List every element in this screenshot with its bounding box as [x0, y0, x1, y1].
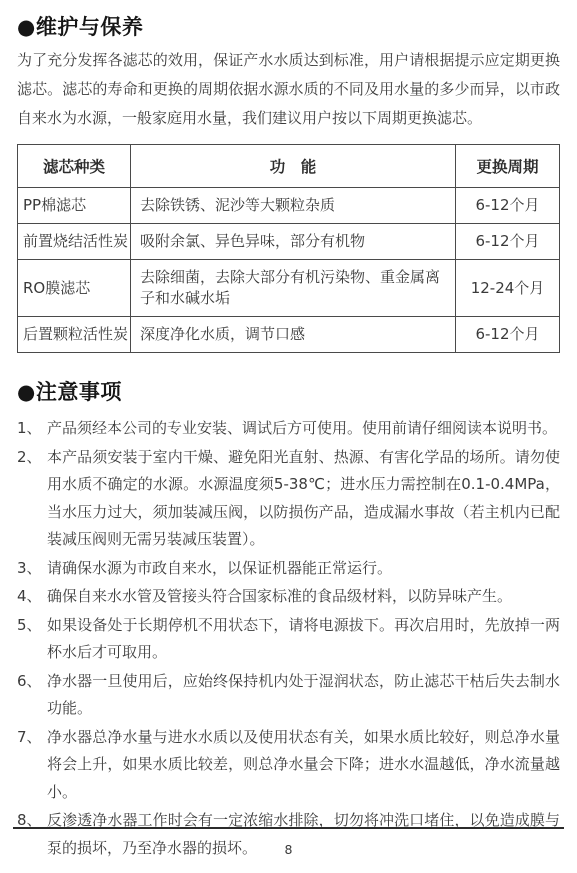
maintenance-intro-paragraph: 为了充分发挥各滤芯的效用，保证产水水质达到标准，用户请根据提示应定期更换滤芯。滤… [17, 46, 560, 133]
cell-filter-type: RO膜滤芯 [18, 260, 131, 317]
header-function: 功 能 [131, 145, 456, 188]
item-text: 净水器总净水量与进水水质以及使用状态有关，如果水质比较好，则总净水量将会上升，如… [47, 724, 560, 807]
header-filter-type: 滤芯种类 [18, 145, 131, 188]
table-row: RO膜滤芯 去除细菌，去除大部分有机污染物、重金属离子和水碱水垢 12-24个月 [18, 260, 560, 317]
cell-function: 吸附余氯、异色异味，部分有机物 [131, 224, 456, 260]
table-row: 前置烧结活性炭 吸附余氯、异色异味，部分有机物 6-12个月 [18, 224, 560, 260]
item-text: 确保自来水水管及管接头符合国家标准的食品级材料，以防异味产生。 [47, 583, 560, 611]
cell-filter-type: PP棉滤芯 [18, 188, 131, 224]
list-item: 4、 确保自来水水管及管接头符合国家标准的食品级材料，以防异味产生。 [17, 583, 560, 611]
cell-function: 去除细菌，去除大部分有机污染物、重金属离子和水碱水垢 [131, 260, 456, 317]
header-cycle: 更换周期 [456, 145, 560, 188]
maintenance-section-title: ●维护与保养 [17, 13, 560, 41]
item-number: 6、 [17, 668, 47, 723]
cell-filter-type: 后置颗粒活性炭 [18, 317, 131, 353]
item-text: 产品须经本公司的专业安装、调试后方可使用。使用前请仔细阅读本说明书。 [47, 415, 560, 443]
cell-filter-type: 前置烧结活性炭 [18, 224, 131, 260]
cell-cycle: 6-12个月 [456, 317, 560, 353]
cell-function: 去除铁锈、泥沙等大颗粒杂质 [131, 188, 456, 224]
item-number: 7、 [17, 724, 47, 807]
footer-divider [13, 827, 564, 829]
list-item: 7、 净水器总净水量与进水水质以及使用状态有关，如果水质比较好，则总净水量将会上… [17, 724, 560, 807]
cell-cycle: 12-24个月 [456, 260, 560, 317]
item-number: 1、 [17, 415, 47, 443]
list-item: 3、 请确保水源为市政自来水，以保证机器能正常运行。 [17, 555, 560, 583]
filter-replacement-table: 滤芯种类 功 能 更换周期 PP棉滤芯 去除铁锈、泥沙等大颗粒杂质 6-12个月… [17, 144, 560, 353]
notices-section-title: ●注意事项 [17, 378, 560, 406]
cell-cycle: 6-12个月 [456, 224, 560, 260]
item-text: 本产品须安装于室内干燥、避免阳光直射、热源、有害化学品的场所。请勿使用水质不确定… [47, 444, 560, 554]
item-text: 请确保水源为市政自来水，以保证机器能正常运行。 [47, 555, 560, 583]
item-number: 3、 [17, 555, 47, 583]
cell-function: 深度净化水质，调节口感 [131, 317, 456, 353]
table-row: 后置颗粒活性炭 深度净化水质，调节口感 6-12个月 [18, 317, 560, 353]
notice-list: 1、 产品须经本公司的专业安装、调试后方可使用。使用前请仔细阅读本说明书。 2、… [17, 415, 560, 862]
page-number: 8 [0, 842, 577, 857]
item-number: 4、 [17, 583, 47, 611]
list-item: 2、 本产品须安装于室内干燥、避免阳光直射、热源、有害化学品的场所。请勿使用水质… [17, 444, 560, 554]
table-row: PP棉滤芯 去除铁锈、泥沙等大颗粒杂质 6-12个月 [18, 188, 560, 224]
list-item: 6、 净水器一旦使用后，应始终保持机内处于湿润状态，防止滤芯干枯后失去制水功能。 [17, 668, 560, 723]
item-text: 净水器一旦使用后，应始终保持机内处于湿润状态，防止滤芯干枯后失去制水功能。 [47, 668, 560, 723]
item-number: 2、 [17, 444, 47, 554]
list-item: 1、 产品须经本公司的专业安装、调试后方可使用。使用前请仔细阅读本说明书。 [17, 415, 560, 443]
item-number: 5、 [17, 612, 47, 667]
table-header-row: 滤芯种类 功 能 更换周期 [18, 145, 560, 188]
item-text: 如果设备处于长期停机不用状态下，请将电源拔下。再次启用时，先放掉一两杯水后才可取… [47, 612, 560, 667]
manual-page: ●维护与保养 为了充分发挥各滤芯的效用，保证产水水质达到标准，用户请根据提示应定… [0, 0, 577, 873]
cell-cycle: 6-12个月 [456, 188, 560, 224]
list-item: 5、 如果设备处于长期停机不用状态下，请将电源拔下。再次启用时，先放掉一两杯水后… [17, 612, 560, 667]
